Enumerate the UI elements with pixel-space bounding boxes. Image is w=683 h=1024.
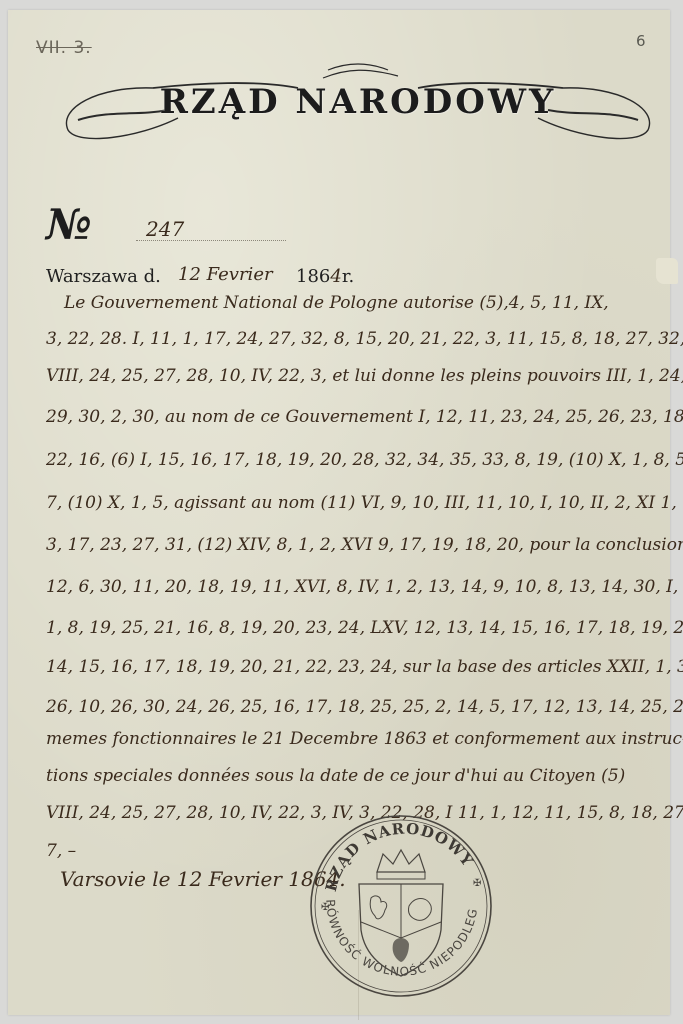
seal-coat-of-arms-icon: RZĄD NARODOWY RÓWNOŚĆ WOLNOŚĆ NIEPODLEGŁ… bbox=[305, 810, 497, 1002]
number-dotted-line bbox=[136, 240, 286, 241]
date-place: Warszawa d. bbox=[46, 266, 161, 287]
svg-text:✠: ✠ bbox=[473, 878, 481, 889]
body-line: 1, 8, 19, 25, 21, 16, 8, 19, 20, 23, 24,… bbox=[46, 618, 683, 638]
body-line: 26, 10, 26, 30, 24, 26, 25, 16, 17, 18, … bbox=[46, 697, 683, 717]
folio-number: 6 bbox=[636, 32, 646, 50]
body-line: VIII, 24, 25, 27, 28, 10, IV, 22, 3, et … bbox=[46, 366, 683, 386]
date-year: 1864r. bbox=[296, 266, 354, 287]
letterhead-title: RZĄD NARODOWY bbox=[58, 82, 658, 122]
year-suffix: r. bbox=[342, 266, 354, 287]
body-line: 7, – bbox=[46, 841, 76, 861]
body-line: 3, 17, 23, 27, 31, (12) XIV, 8, 1, 2, XV… bbox=[46, 535, 683, 555]
signature-line: Varsovie le 12 Fevrier 1864. bbox=[60, 867, 346, 891]
date-row: Warszawa d. 12 Fevrier 1864r. bbox=[46, 266, 446, 296]
body-line: memes fonctionnaires le 21 Decembre 1863… bbox=[46, 729, 683, 749]
body-line: 22, 16, (6) I, 15, 16, 17, 18, 19, 20, 2… bbox=[46, 450, 683, 470]
archive-mark: VII. 3. bbox=[36, 38, 92, 58]
document-number-row: № 247 bbox=[46, 200, 426, 260]
paper-tear bbox=[656, 258, 678, 284]
svg-text:RZĄD NARODOWY: RZĄD NARODOWY bbox=[322, 819, 477, 893]
body-line: 29, 30, 2, 30, au nom de ce Gouvernement… bbox=[46, 407, 683, 427]
body-line: 3, 22, 28. I, 11, 1, 17, 24, 27, 32, 8, … bbox=[46, 329, 683, 349]
body-line: Le Gouvernement National de Pologne auto… bbox=[64, 293, 609, 313]
document-page: VII. 3. 6 RZĄD NARODOWY № 247 Warszawa d… bbox=[8, 10, 670, 1015]
archive-mark-text: VII. 3. bbox=[36, 38, 92, 58]
official-seal: RZĄD NARODOWY RÓWNOŚĆ WOLNOŚĆ NIEPODLEGŁ… bbox=[305, 810, 497, 1002]
numero-sign-icon: № bbox=[46, 200, 92, 249]
svg-text:✠: ✠ bbox=[321, 902, 329, 913]
body-line: 14, 15, 16, 17, 18, 19, 20, 21, 22, 23, … bbox=[46, 657, 683, 677]
body-line: 7, (10) X, 1, 5, agissant au nom (11) VI… bbox=[46, 493, 683, 513]
letterhead: RZĄD NARODOWY bbox=[58, 58, 658, 148]
year-printed: 186 bbox=[296, 266, 330, 287]
body-line: 12, 6, 30, 11, 20, 18, 19, 11, XVI, 8, I… bbox=[46, 577, 683, 597]
document-number: 247 bbox=[146, 217, 184, 241]
date-day-month: 12 Fevrier bbox=[178, 264, 273, 285]
body-line: tions speciales données sous la date de … bbox=[46, 766, 625, 786]
year-handwritten: 4 bbox=[330, 266, 341, 287]
